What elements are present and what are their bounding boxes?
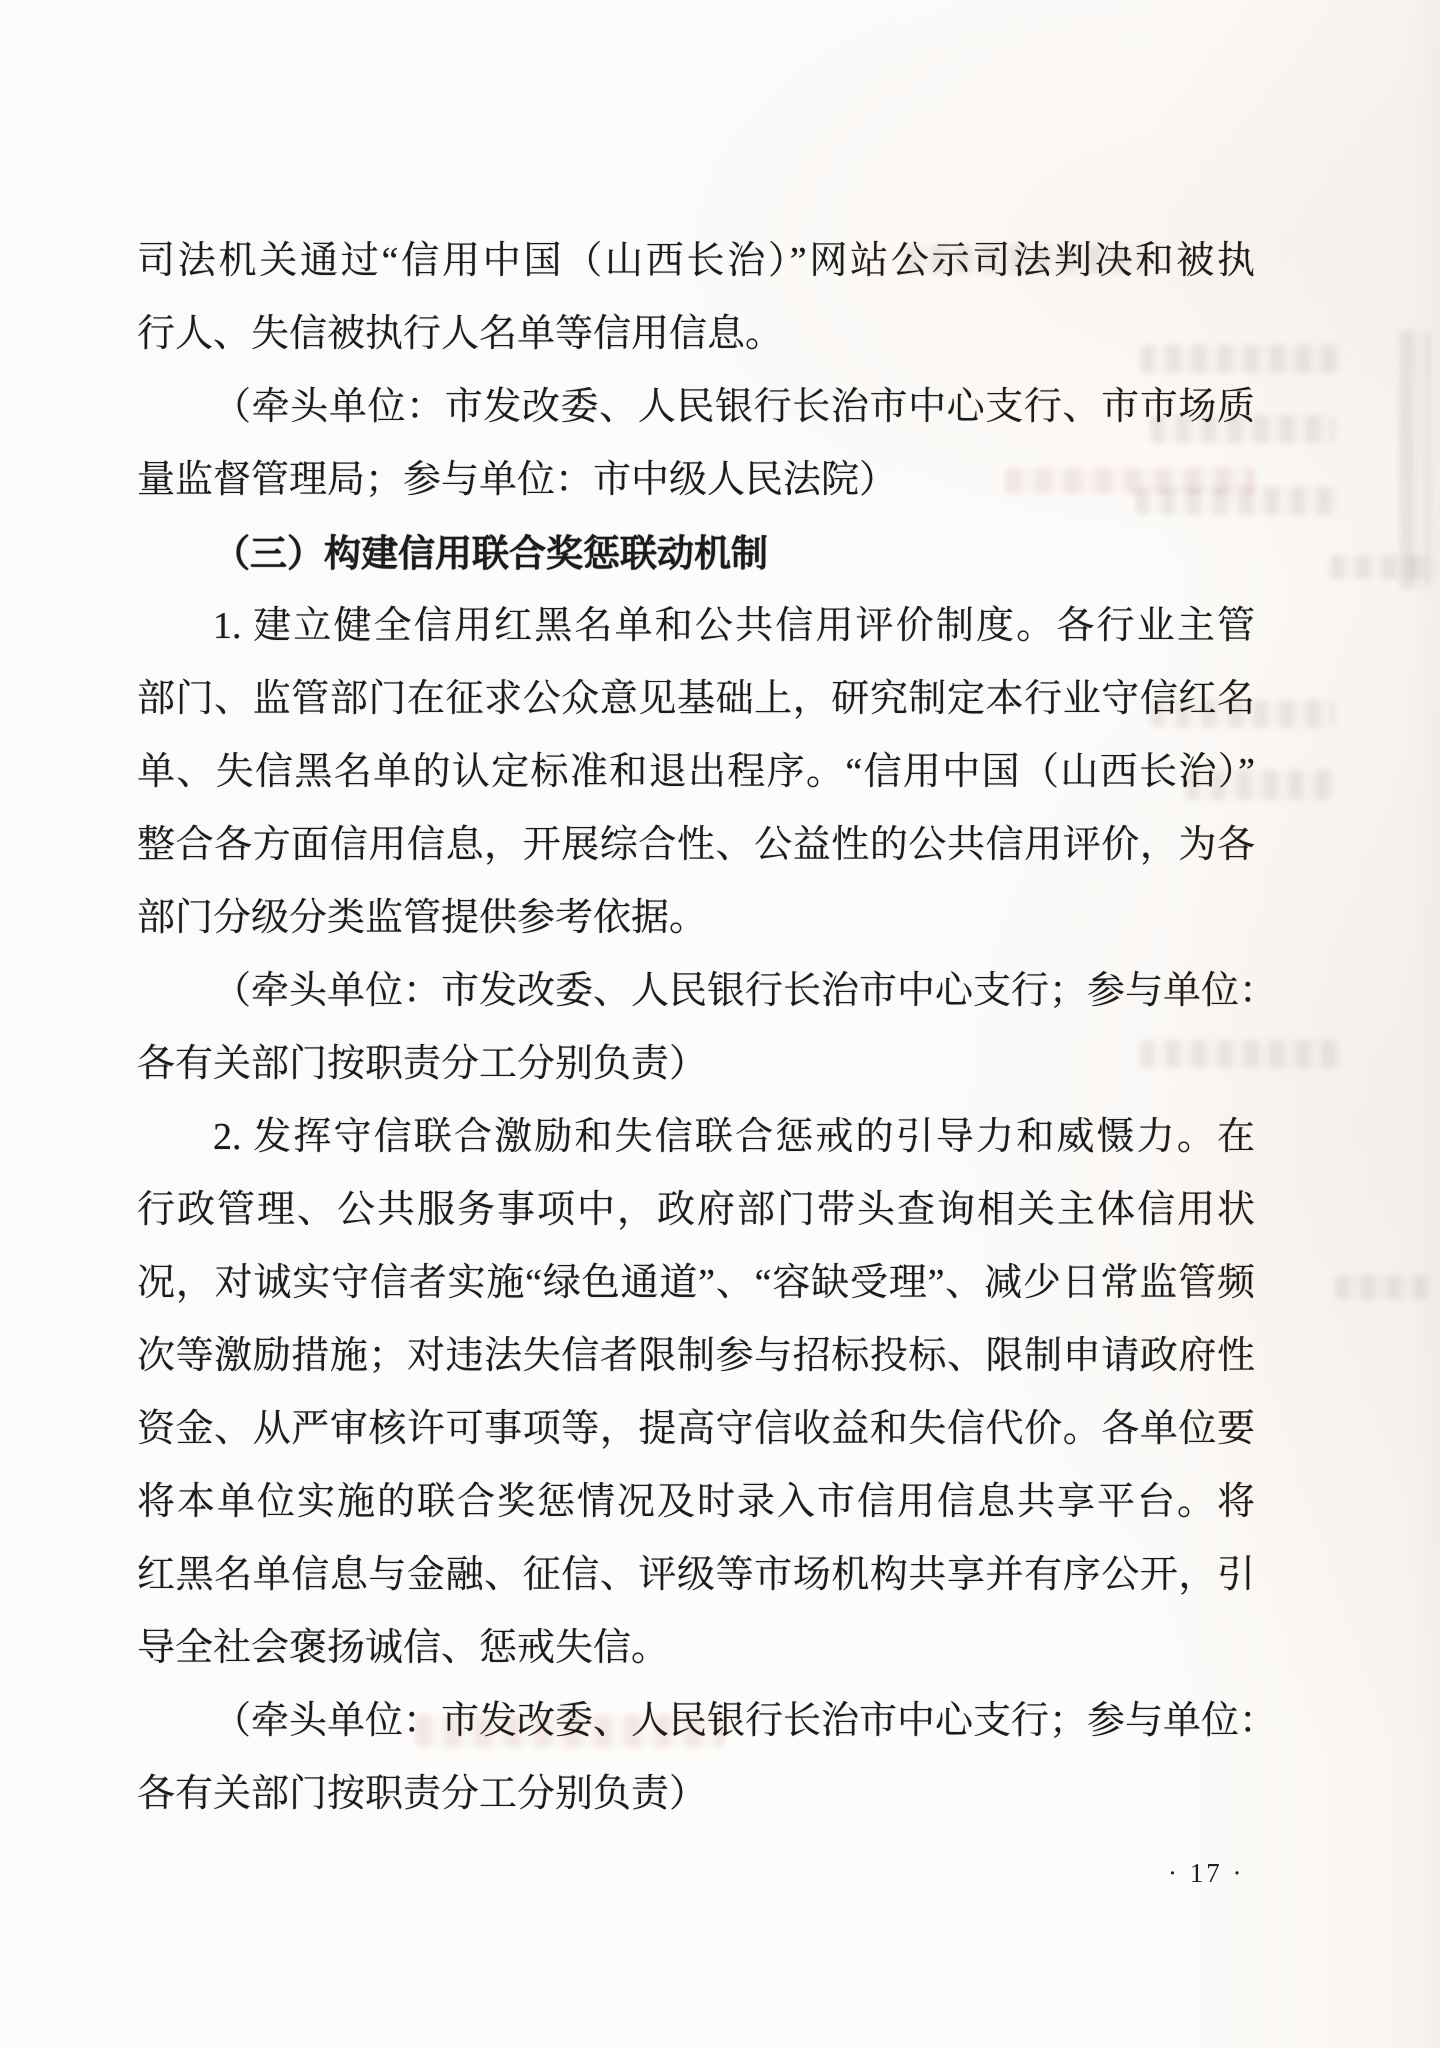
text-line: 2. 发挥守信联合激励和失信联合惩戒的引导力和威慑力。在 [137,1101,1255,1174]
text-line: （牵头单位：市发改委、人民银行长治市中心支行；参与单位： [137,955,1255,1028]
text-line: 1. 建立健全信用红黑名单和公共信用评价制度。各行业主管 [137,590,1255,663]
text-line: （牵头单位：市发改委、人民银行长治市中心支行、市市场质 [137,371,1255,444]
paragraph: （牵头单位：市发改委、人民银行长治市中心支行；参与单位：各有关部门按职责分工分别… [137,955,1255,1101]
paragraph: （牵头单位：市发改委、人民银行长治市中心支行；参与单位：各有关部门按职责分工分别… [137,1685,1255,1831]
page-number: · 17 · [1168,1858,1244,1889]
text-line: 行人、失信被执行人名单等信用信息。 [137,298,1255,371]
text-line: 行政管理、公共服务事项中，政府部门带头查询相关主体信用状 [137,1174,1255,1247]
text-line: 部门分级分类监管提供参考依据。 [137,882,1255,955]
text-line: （牵头单位：市发改委、人民银行长治市中心支行；参与单位： [137,1685,1255,1758]
document-page: 司法机关通过“信用中国（山西长治）”网站公示司法判决和被执行人、失信被执行人名单… [0,0,1440,2048]
text-line: 量监督管理局；参与单位：市中级人民法院） [137,444,1255,517]
bleedthrough-artifact [1335,1275,1430,1299]
text-line: （三）构建信用联合奖惩联动机制 [137,517,1255,590]
paragraph: 司法机关通过“信用中国（山西长治）”网站公示司法判决和被执行人、失信被执行人名单… [137,225,1255,371]
text-line: 司法机关通过“信用中国（山西长治）”网站公示司法判决和被执 [137,225,1255,298]
section-heading: （三）构建信用联合奖惩联动机制 [137,517,1255,590]
text-line: 红黑名单信息与金融、征信、评级等市场机构共享并有序公开，引 [137,1539,1255,1612]
text-line: 各有关部门按职责分工分别负责） [137,1028,1255,1101]
paragraph: 2. 发挥守信联合激励和失信联合惩戒的引导力和威慑力。在行政管理、公共服务事项中… [137,1101,1255,1685]
paragraph: （牵头单位：市发改委、人民银行长治市中心支行、市市场质量监督管理局；参与单位：市… [137,371,1255,517]
text-line: 资金、从严审核许可事项等，提高守信收益和失信代价。各单位要 [137,1393,1255,1466]
text-line: 整合各方面信用信息，开展综合性、公益性的公共信用评价，为各 [137,809,1255,882]
text-line: 部门、监管部门在征求公众意见基础上，研究制定本行业守信红名 [137,663,1255,736]
text-line: 导全社会褒扬诚信、惩戒失信。 [137,1612,1255,1685]
text-line: 各有关部门按职责分工分别负责） [137,1758,1255,1831]
document-body: 司法机关通过“信用中国（山西长治）”网站公示司法判决和被执行人、失信被执行人名单… [137,225,1255,1831]
text-line: 单、失信黑名单的认定标准和退出程序。“信用中国（山西长治）” [137,736,1255,809]
text-line: 次等激励措施；对违法失信者限制参与招标投标、限制申请政府性 [137,1320,1255,1393]
scan-edge-artifact [1400,330,1430,590]
text-line: 将本单位实施的联合奖惩情况及时录入市信用信息共享平台。将 [137,1466,1255,1539]
text-line: 况，对诚实守信者实施“绿色通道”、“容缺受理”、减少日常监管频 [137,1247,1255,1320]
paragraph: 1. 建立健全信用红黑名单和公共信用评价制度。各行业主管部门、监管部门在征求公众… [137,590,1255,955]
bleedthrough-artifact [1330,555,1435,579]
